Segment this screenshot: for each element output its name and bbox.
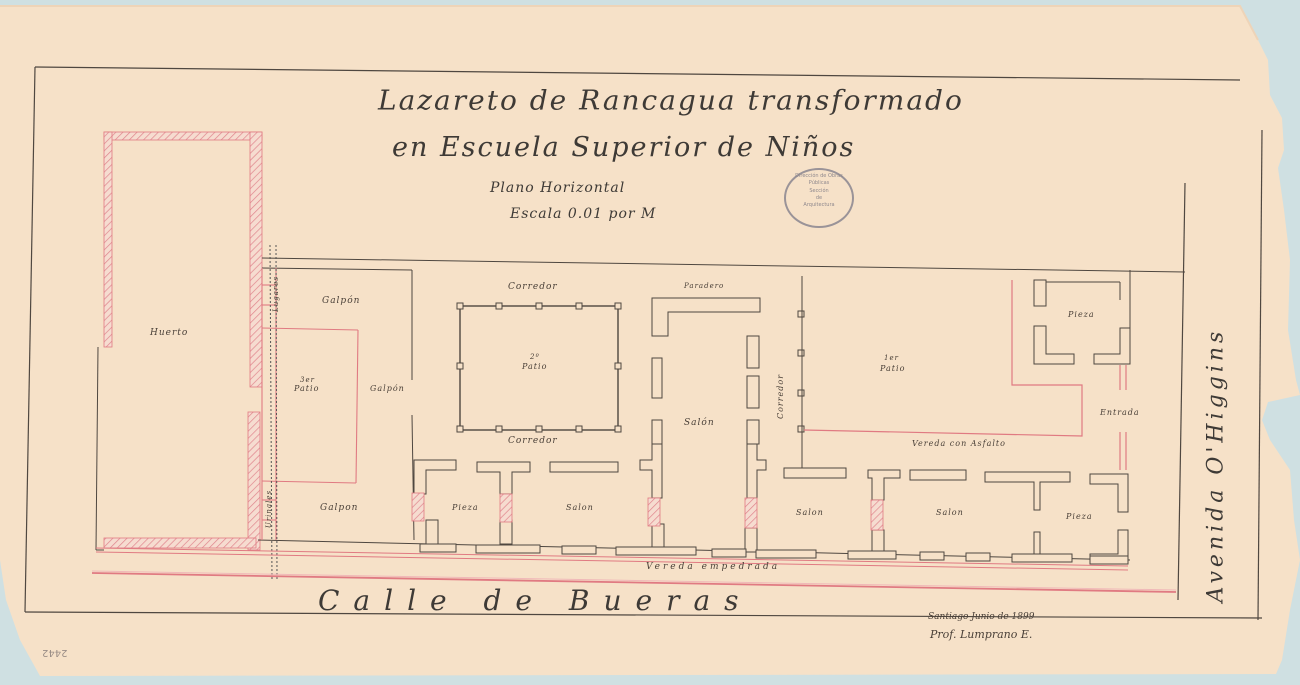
label-huerto: Huerto (150, 328, 188, 338)
title-line-2: en Escuela Superior de Niños (392, 132, 855, 163)
label-salon-3: Salon (936, 508, 964, 517)
stamp-center-2: de (816, 195, 822, 202)
plan-sheet: Lazareto de Rancagua transformado en Esc… (0, 0, 1300, 685)
label-pieza-top-right: Pieza (1068, 310, 1095, 319)
label-galpon-bottom: Galpon (320, 503, 358, 513)
label-patio2: Patio (522, 362, 547, 371)
label-paradero: Paradero (684, 282, 724, 290)
plan-scale: Escala 0.01 por M (510, 206, 656, 222)
label-patio1: Patio (880, 364, 905, 373)
label-patio2-num: 2º (530, 353, 540, 361)
label-patio3-num: 3er (300, 376, 315, 384)
stamp-center-1: Sección (809, 188, 828, 195)
label-patio1-num: 1er (884, 354, 899, 362)
archive-number: 2442 (42, 647, 67, 658)
label-salon-1: Salon (566, 503, 594, 512)
label-pieza-1: Pieza (452, 503, 479, 512)
label-entrada: Entrada (1100, 408, 1140, 417)
label-pieza-right: Pieza (1066, 512, 1093, 521)
title-line-1: Lazareto de Rancagua transformado (378, 85, 964, 116)
signature-date: Santiago Junio de 1899 (928, 612, 1034, 622)
label-corredor-bottom: Corredor (508, 436, 558, 446)
street-calle-de-bueras: Calle de Bueras (318, 584, 753, 617)
label-vereda-asfalto: Vereda con Asfalto (912, 439, 1006, 448)
label-salon-center: Salón (684, 418, 715, 428)
stamp-ring-text: Dirección de Obras Públicas (786, 173, 852, 187)
label-salon-2: Salon (796, 508, 824, 517)
plan-subtitle: Plano Horizontal (490, 180, 625, 196)
label-urinales: Urinales (265, 490, 273, 528)
signature-name: Prof. Lumprano E. (930, 628, 1032, 641)
label-vereda-empedrada: Vereda empedrada (646, 562, 780, 572)
label-corredor-vertical: Corredor (776, 374, 785, 419)
street-avenida-ohiggins: Avenida O'Higgins (1204, 343, 1229, 603)
label-corredor-top: Corredor (508, 282, 558, 292)
stamp-seal: Dirección de Obras Públicas Sección de A… (784, 168, 854, 228)
label-patio3: Patio (294, 384, 319, 393)
stamp-center-3: Arquitectura (803, 202, 834, 209)
label-galpon-mid: Galpón (370, 384, 405, 393)
label-lugares: Lugares (272, 276, 280, 312)
label-galpon-top: Galpón (322, 296, 360, 306)
